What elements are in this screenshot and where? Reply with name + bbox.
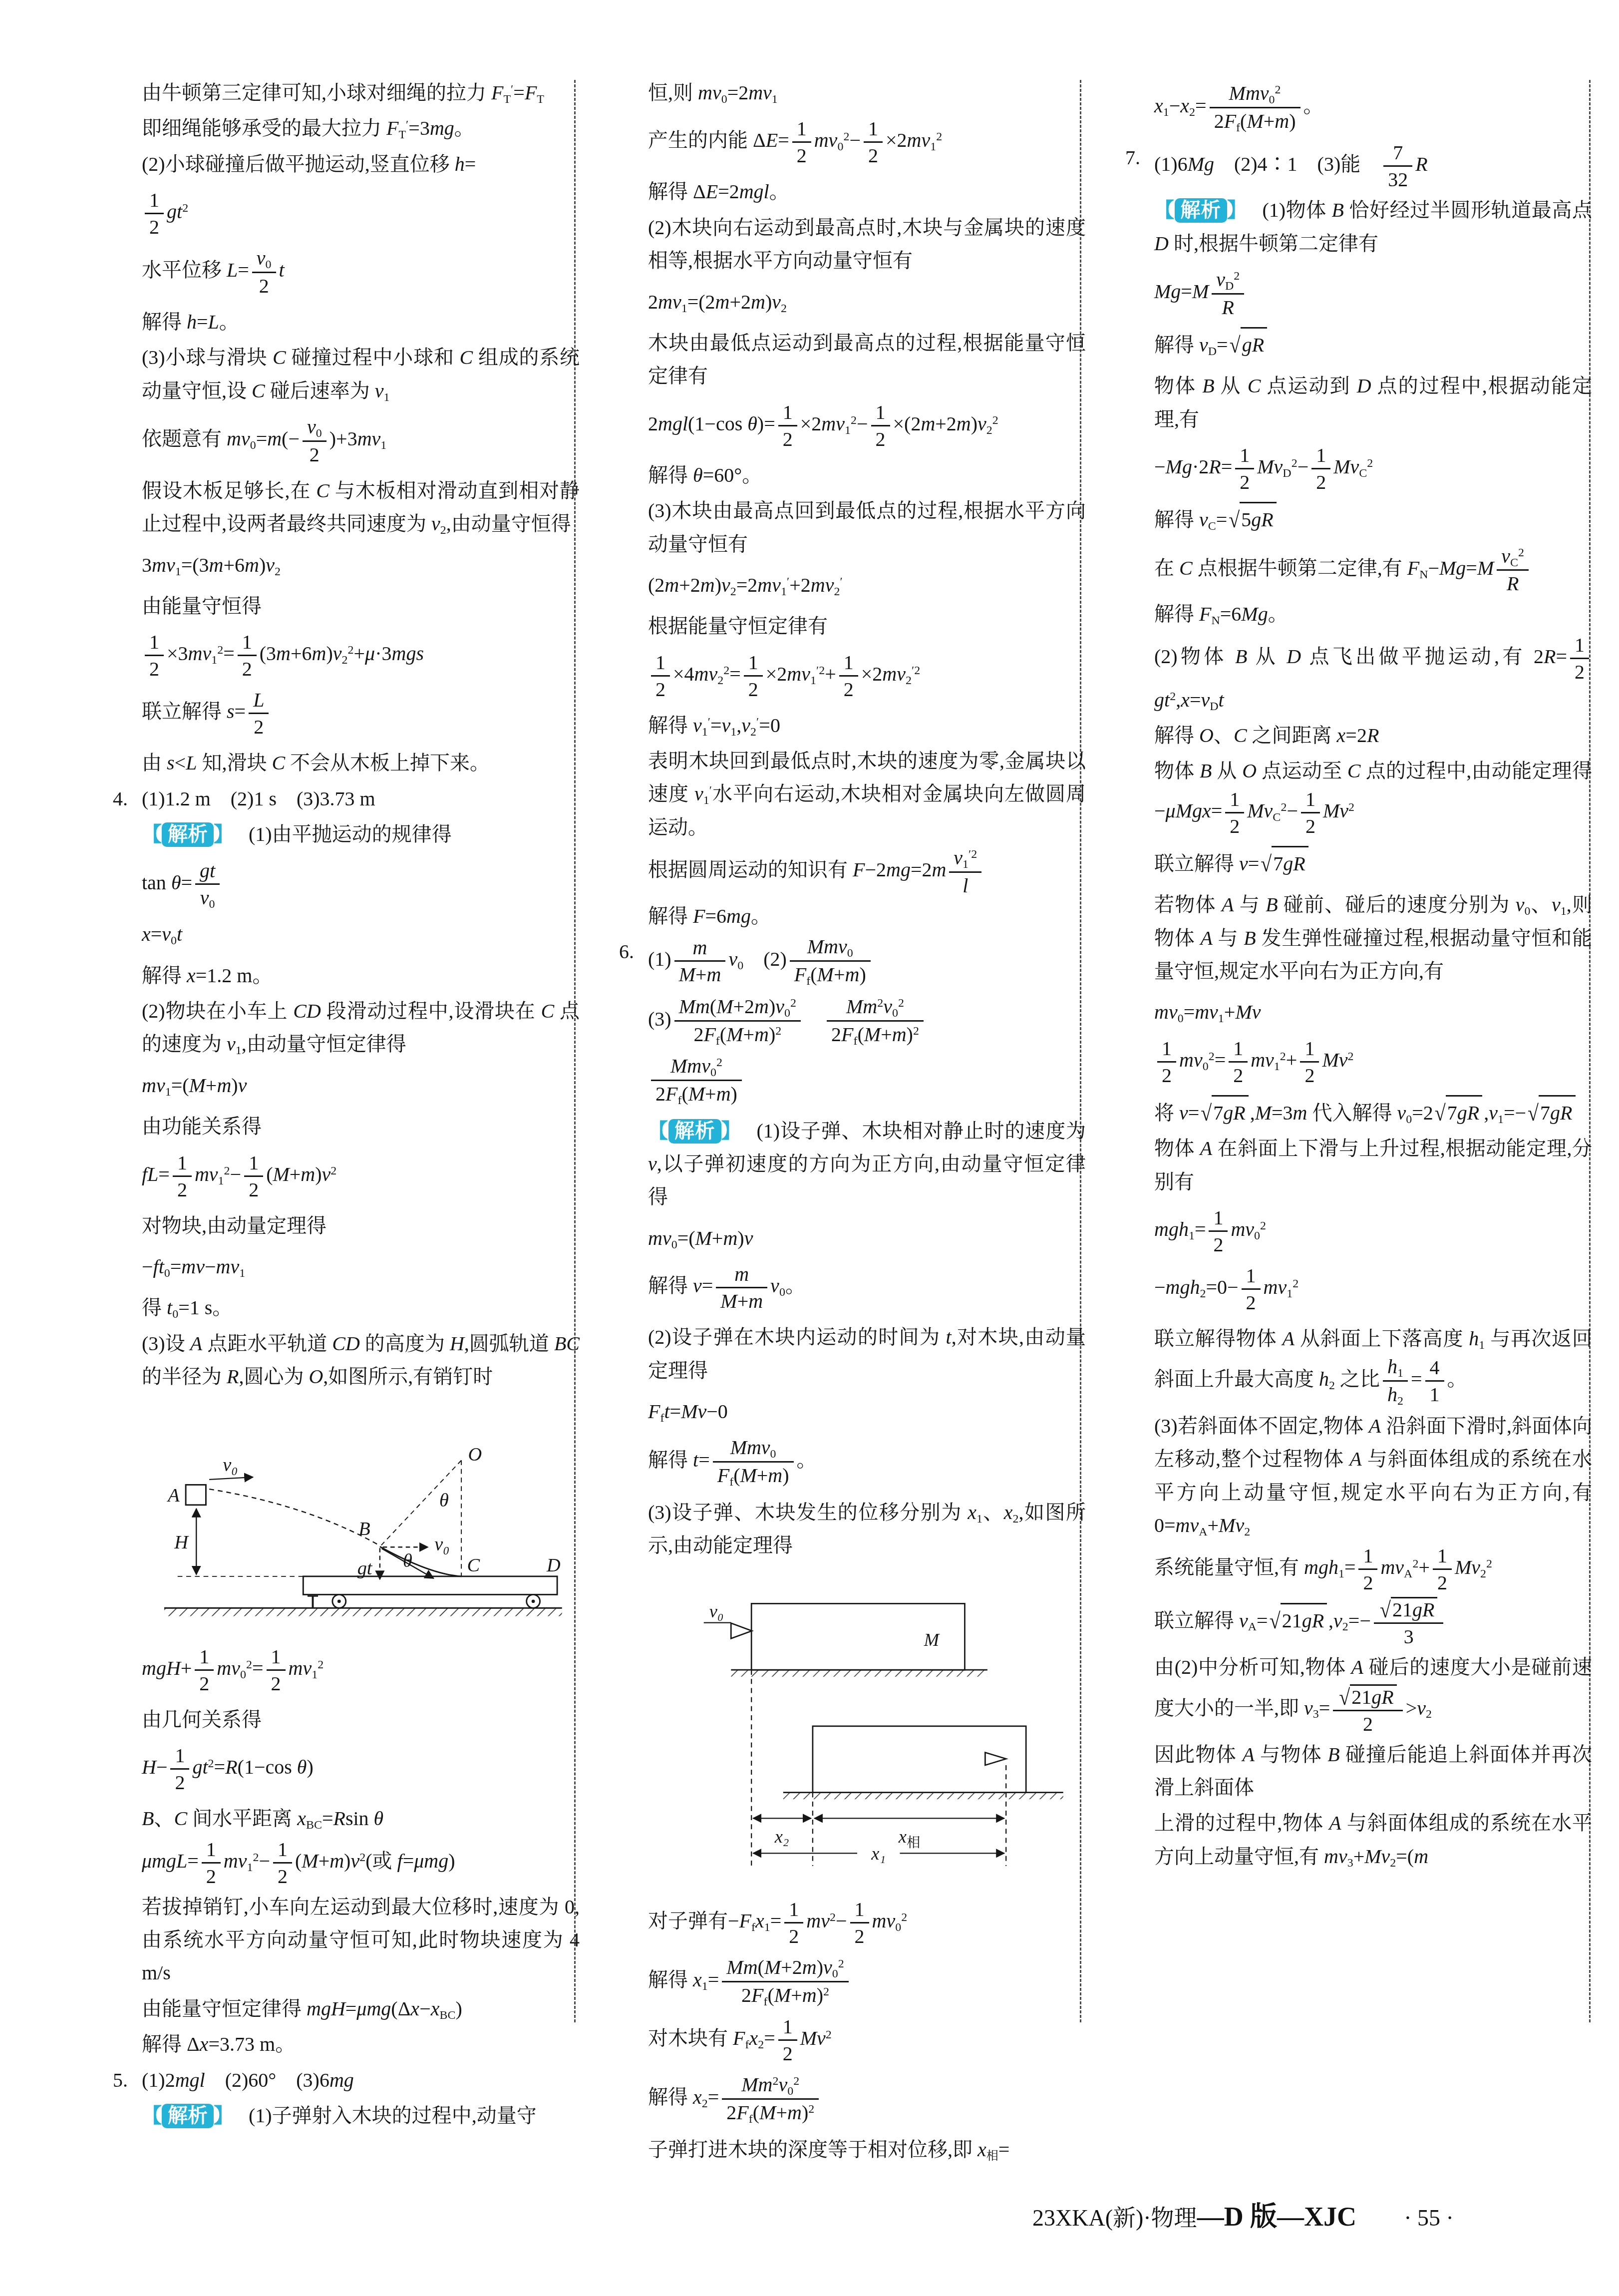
text-line: 由牛顿第三定律可知,小球对细绳的拉力 FT′=FT <box>142 76 580 109</box>
radius-OB <box>381 1460 461 1545</box>
text-line: (3)小球与滑块 C 碰撞过程中小球和 C 组成的系统动量守恒,设 C 碰后速率… <box>142 341 580 407</box>
equation-line: 12×4mv22=12×2mv1′2+12×2mv2′2 <box>648 651 1086 701</box>
text-line: 若物体 A 与 B 碰前、碰后的速度分别为 v0、v1,则物体 A 与 B 发生… <box>1154 888 1592 988</box>
text-line: 联立解得 vA=√21gR,v2=−√21gR3 <box>1154 1597 1592 1648</box>
equation-line: Mg=MvD2R <box>1154 268 1592 319</box>
text-line: (3)设子弹、木块发生的位移分别为 x1、x2,如图所示,由动能定理得 <box>648 1496 1086 1562</box>
text-line: 由功能关系得 <box>142 1110 580 1143</box>
figure-line: A v₀ H B θ gt v₀ O θ C D <box>142 1407 580 1632</box>
text-line: 由能量守恒定律得 mgH=μmg(Δx−xBC) <box>142 1992 580 2025</box>
equation-line: 水平位移 L=v02t <box>142 247 580 298</box>
equation-line: 解得 x2=Mm2v022Ff(M+m)2 <box>648 2073 1086 2125</box>
pin-cart-diagram: A v₀ H B θ gt v₀ O θ C D <box>142 1407 580 1632</box>
text-line: 【解析】(1)子弹射入木块的过程中,动量守 <box>142 2099 580 2132</box>
text-line: 解得 ΔE=2mgl。 <box>648 175 1086 208</box>
equation-line: 依题意有 mv0=m(−v02)+3mv1 <box>142 415 580 466</box>
label-theta-B: θ <box>403 1550 412 1571</box>
text-line: B、C 间水平距离 xBC=Rsin θ <box>142 1802 580 1835</box>
column-middle: 恒,则 mv0=2mv1产生的内能 ΔE=12mv02−12×2mv12解得 Δ… <box>619 74 1086 2169</box>
column-right: x1−x2=Mmv022Ff(M+m)。7.(1)6Mg (2)4∶1 (3)能… <box>1125 74 1592 1876</box>
label-M: M <box>923 1630 940 1650</box>
equation-line: mgH+12mv02=12mv12 <box>142 1645 580 1695</box>
equation-line: −Mg·2R=12MvD2−12MvC2 <box>1154 444 1592 494</box>
text-line: 表明木块回到最低点时,木块的速度为零,金属块以速度 v1′水平向右运动,木块相对… <box>648 745 1086 844</box>
equation-line: 12mv02=12mv12+12Mv2 <box>1154 1037 1592 1087</box>
text-line: 根据圆周运动的知识有 F−2mg=2mv1′2l <box>648 846 1086 897</box>
page-footer: 23XKA(新)·物理—D 版—XJC· 55 · <box>1032 2195 1454 2234</box>
text-line: 因此物体 A 与物体 B 碰撞后能追上斜面体并再次滑上斜面体 <box>1154 1738 1592 1805</box>
text-line: 若拔掉销钉,小车向左运动到最大位移时,速度为 0,由系统水平方向动量守恒可知,此… <box>142 1891 580 1990</box>
label-x1: x₁ <box>871 1844 886 1864</box>
text-line: 由(2)中分析可知,物体 A 碰后的速度大小是碰前速度大小的一半,即 v3=√2… <box>1154 1651 1592 1735</box>
label-theta-O: θ <box>439 1490 449 1511</box>
equation-line: (3)Mm(M+2m)v022Ff(M+m)2 Mm2v022Ff(M+m)2 <box>648 995 1086 1047</box>
text-line: 联立解得物体 A 从斜面上下落高度 h1 与再次返回斜面上升最大高度 h2 之比… <box>1154 1322 1592 1407</box>
text-line: 解得 θ=60°。 <box>648 459 1086 492</box>
label-O: O <box>468 1444 482 1465</box>
text-line: 物体 B 从 C 点运动到 D 点的过程中,根据动能定理,有 <box>1154 370 1592 436</box>
equation-line: 解得 t=Mmv0Ff(M+m)。 <box>648 1436 1086 1488</box>
block-A <box>186 1485 206 1505</box>
footer-edition: 23XKA(新)·物理 <box>1032 2205 1197 2231</box>
equation-line: 3mv1=(3m+6m)v2 <box>142 549 580 582</box>
pin-cart-diagram-svg: A v₀ H B θ gt v₀ O θ C D <box>150 1407 572 1622</box>
text-line: (2)小球碰撞后做平抛运动,竖直位移 h= <box>142 148 580 181</box>
equation-line: 2mv1=(2m+2m)v2 <box>648 286 1086 319</box>
equation-line: 解得 v=mM+mv0。 <box>648 1263 1086 1313</box>
text-line: 木块由最低点运动到最高点的过程,根据能量守恒定律有 <box>648 327 1086 393</box>
text-line: 即细绳能够承受的最大拉力 FT′=3mg。 <box>142 112 580 145</box>
text-line: 物体 A 在斜面上下滑与上升过程,根据动能定理,分别有 <box>1154 1132 1592 1198</box>
equation-line: x=v0t <box>142 918 580 951</box>
text-line: 解得 Δx=3.73 m。 <box>142 2028 580 2061</box>
equation-line: 解得 x1=Mm(M+2m)v022Ff(M+m)2 <box>648 1956 1086 2007</box>
text-line: 假设木板足够长,在 C 与木板相对滑动直到相对静止过程中,设两者最终共同速度为 … <box>142 474 580 541</box>
item-number: 7. <box>1125 141 1140 174</box>
text-line: (2)物体 B 从 D 点飞出做平抛运动,有 2R=12gt2,x=vDt <box>1154 634 1592 717</box>
label-C: C <box>467 1555 480 1576</box>
bullet-block-diagram-svg: v₀ M x₂ x相 x₁ <box>667 1575 1067 1875</box>
label-v0-launch: v₀ <box>223 1454 238 1475</box>
jiexi-badge: 【解析】 <box>142 2104 234 2127</box>
equation-line: 解得 vC=√5gR <box>1154 502 1592 536</box>
footer-page-number: · 55 · <box>1404 2205 1454 2231</box>
equation-line: 12×3mv12=12(3m+6m)v22+μ·3mgs <box>142 631 580 681</box>
text-line: 【解析】(1)由平抛运动的规律得 <box>142 818 580 851</box>
column-left: 由牛顿第三定律可知,小球对细绳的拉力 FT′=FT即细绳能够承受的最大拉力 FT… <box>113 74 580 2135</box>
text-line: 解得 F=6mg。 <box>648 900 1086 933</box>
top-position <box>703 1603 987 1676</box>
text-line: (3)若斜面体不固定,物体 A 沿斜面下滑时,斜面体向左移动,整个过程物体 A … <box>1154 1410 1592 1542</box>
label-x2: x₂ <box>774 1826 789 1846</box>
text-line: 解得 h=L。 <box>142 306 580 339</box>
equation-line: Fft=Mv−0 <box>648 1395 1086 1428</box>
label-D: D <box>546 1555 561 1576</box>
bullet-icon <box>731 1623 752 1638</box>
equation-line: 解得 vD=√gR <box>1154 327 1592 362</box>
equation-line: Mmv022Ff(M+m) <box>648 1055 1086 1106</box>
label-gt: gt <box>357 1558 373 1579</box>
equation-line: fL=12mv12−12(M+m)v2 <box>142 1151 580 1201</box>
text-line: 解得 x=1.2 m。 <box>142 959 580 992</box>
equation-line: 对木块有 Ffx2=12Mv2 <box>648 2015 1086 2065</box>
label-A: A <box>166 1485 180 1506</box>
label-v0-B: v₀ <box>434 1534 449 1555</box>
cart <box>303 1576 557 1607</box>
text-line: 在 C 点根据牛顿第二定律,有 FN−Mg=MvC2R <box>1154 545 1592 596</box>
bullet-block-diagram: v₀ M x₂ x相 x₁ <box>648 1575 1086 1885</box>
text-line: 物体 B 从 O 点运动至 C 点的过程中,由动能定理得−μMgx=12MvC2… <box>1154 755 1592 837</box>
text-line: 由 s<L 知,滑块 C 不会从木板上掉下来。 <box>142 747 580 779</box>
text-line: (2)木块向右运动到最高点时,木块与金属块的速度相等,根据水平方向动量守恒有 <box>648 211 1086 278</box>
equation-line: mgh1=12mv02 <box>1154 1206 1592 1256</box>
equation-line: 联立解得 s=L2 <box>142 689 580 739</box>
text-line: 由几何关系得 <box>142 1703 580 1736</box>
text-line: 根据能量守恒定律有 <box>648 610 1086 643</box>
text-line: 得 t0=1 s。 <box>142 1291 580 1324</box>
text-line: 7.(1)6Mg (2)4∶1 (3)能 732R <box>1154 141 1592 191</box>
jiexi-badge: 【解析】 <box>1154 199 1247 221</box>
equation-line: x1−x2=Mmv022Ff(M+m)。 <box>1154 82 1592 133</box>
item-number: 6. <box>619 935 634 968</box>
text-line: 【解析】(1)物体 B 恰好经过半圆形轨道最高点 D 时,根据牛顿第二定律有 <box>1154 194 1592 260</box>
equation-line: H−12gt2=R(1−cos θ) <box>142 1744 580 1794</box>
equation-line: mv1=(M+m)v <box>142 1069 580 1102</box>
label-v0: v₀ <box>709 1601 723 1621</box>
equation-line: 2mgl(1−cos θ)=12×2mv12−12×(2m+2m)v22 <box>648 401 1086 451</box>
text-line: 将 v=√7gR,M=3m 代入解得 v0=2√7gR,v1=−√7gR <box>1154 1095 1592 1130</box>
equation-line: 12gt2 <box>142 189 580 239</box>
text-line: 解得 v1′=v1,v2′=0 <box>648 709 1086 742</box>
text-line: 5.(1)2mgl (2)60° (3)6mg <box>142 2064 580 2097</box>
footer-code: XJC <box>1304 2202 1356 2232</box>
equation-line: mv0=mv1+Mv <box>1154 996 1592 1029</box>
text-line: (3)木块由最高点回到最低点的过程,根据水平方向动量守恒有 <box>648 494 1086 561</box>
label-B: B <box>358 1519 370 1539</box>
text-line: 由能量守恒得 <box>142 590 580 623</box>
text-line: 【解析】(1)设子弹、木块相对静止时的速度为 v,以子弹初速度的方向为正方向,由… <box>648 1115 1086 1214</box>
jiexi-badge: 【解析】 <box>648 1120 741 1142</box>
text-line: 解得 O、C 之间距离 x=2R <box>1154 719 1592 752</box>
jiexi-badge: 【解析】 <box>142 823 234 845</box>
text-line: 子弹打进木块的深度等于相对位移,即 x相= <box>648 2133 1086 2166</box>
label-x-rel: x相 <box>898 1826 920 1850</box>
equation-line: (2m+2m)v2=2mv1′+2mv2′ <box>648 569 1086 602</box>
equation-line: 产生的内能 ΔE=12mv02−12×2mv12 <box>648 117 1086 167</box>
text-line: (2)物块在小车上 CD 段滑动过程中,设滑块在 C 点的速度为 v1,由动量守… <box>142 995 580 1061</box>
equation-line: 联立解得 v=√7gR <box>1154 846 1592 880</box>
text-line: 恒,则 mv0=2mv1 <box>648 76 1086 109</box>
bottom-position <box>783 1726 1063 1799</box>
text-line: 解得 FN=6Mg。 <box>1154 598 1592 631</box>
equation-line: tan θ=gtv0 <box>142 859 580 910</box>
equation-line: 对子弹有−Ffx1=12mv2−12mv02 <box>648 1898 1086 1948</box>
text-line: 系统能量守恒,有 mgh1=12mvA2+12Mv22 <box>1154 1544 1592 1594</box>
text-line: (2)设子弹在木块内运动的时间为 t,对木块,由动量定理得 <box>648 1321 1086 1387</box>
item-number: 4. <box>113 782 128 815</box>
equation-line: mv0=(M+m)v <box>648 1222 1086 1255</box>
equation-line: −ft0=mv−mv1 <box>142 1250 580 1283</box>
item-number: 5. <box>113 2064 128 2097</box>
text-line: μmgL=12mv12−12(M+m)v2(或 f=μmg) <box>142 1838 580 1888</box>
page: { "accent_color": "#23b2d8", "badge": "解… <box>0 0 1619 2296</box>
text-line: 4.(1)1.2 m (2)1 s (3)3.73 m <box>142 782 580 815</box>
trajectory-and-arc <box>178 1460 461 1579</box>
text-line: 6.(1)mM+mv0 (2)Mmv0Ff(M+m) <box>648 935 1086 987</box>
text-line: 上滑的过程中,物体 A 与斜面体组成的系统在水平方向上动量守恒,有 mv3+Mv… <box>1154 1807 1592 1873</box>
text-line: 对物块,由动量定理得 <box>142 1209 580 1242</box>
equation-line: −mgh2=0−12mv12 <box>1154 1264 1592 1314</box>
ground <box>164 1608 562 1616</box>
label-H: H <box>174 1532 189 1553</box>
figure-line: v₀ M x₂ x相 x₁ <box>648 1575 1086 1885</box>
text-line: (3)设 A 点距水平轨道 CD 的高度为 H,圆弧轨道 BC 的半径为 R,圆… <box>142 1327 580 1394</box>
footer-volume: —D 版— <box>1197 2202 1304 2232</box>
